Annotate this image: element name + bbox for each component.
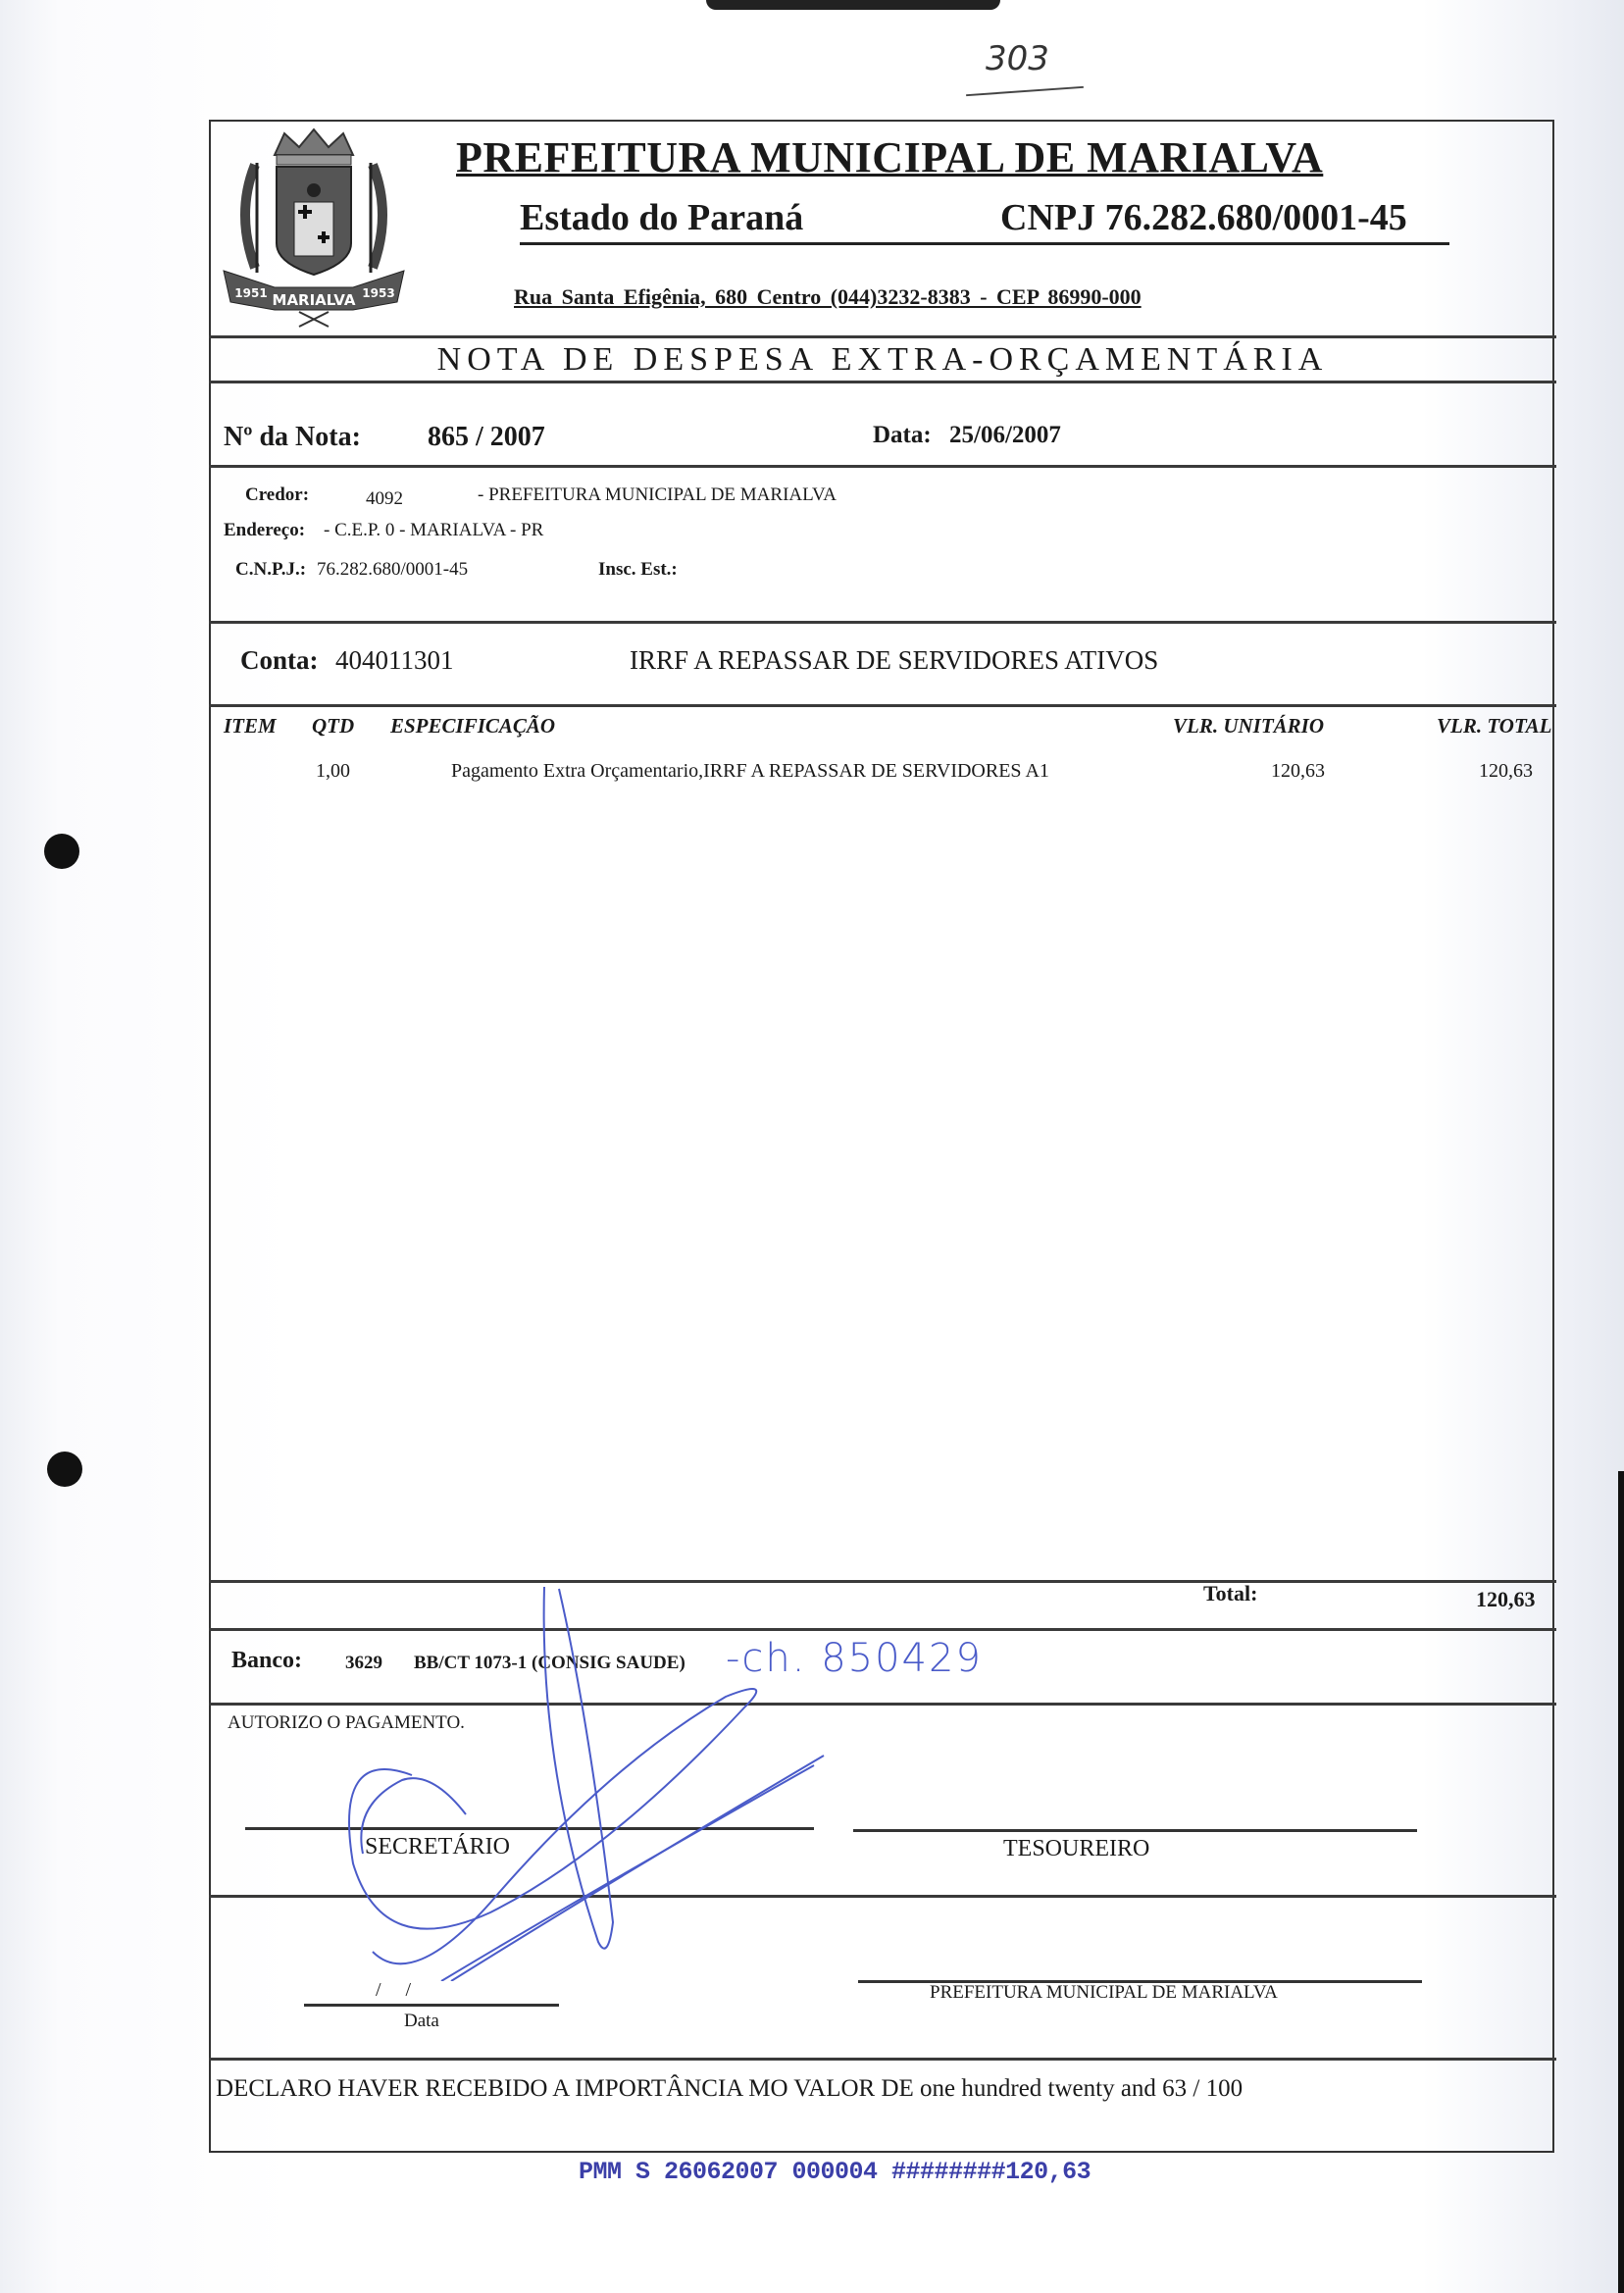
note-date-value: 25/06/2007: [949, 422, 1061, 449]
creditor-cnpj-value: 76.282.680/0001-45: [317, 559, 468, 581]
total-label: Total:: [1203, 1581, 1257, 1606]
handwritten-signature-icon: [294, 1569, 843, 1981]
creditor-label: Credor:: [245, 484, 309, 506]
column-header-unit-value: VLR. UNITÁRIO: [1173, 714, 1324, 739]
handwritten-page-number: 303: [986, 39, 1049, 78]
cell-total-value: 120,63: [1479, 760, 1533, 783]
note-number-label: Nº da Nota:: [224, 422, 361, 453]
column-header-total-value: VLR. TOTAL: [1437, 714, 1551, 739]
divider: [209, 381, 1556, 383]
declaration-text: DECLARO HAVER RECEBIDO A IMPORTÂNCIA MO …: [216, 2075, 1243, 2103]
account-number: 404011301: [335, 645, 454, 676]
creditor-name: - PREFEITURA MUNICIPAL DE MARIALVA: [478, 484, 837, 506]
address-value: - C.E.P. 0 - MARIALVA - PR: [324, 520, 543, 541]
svg-text:1953: 1953: [362, 286, 394, 300]
account-description: IRRF A REPASSAR DE SERVIDORES ATIVOS: [630, 645, 1158, 676]
divider: [209, 465, 1556, 468]
header-cnpj: CNPJ 76.282.680/0001-45: [1000, 196, 1407, 239]
punch-hole: [47, 1452, 82, 1487]
divider: [209, 704, 1556, 707]
state-name: Estado do Paraná: [520, 196, 803, 239]
creditor-code: 4092: [366, 488, 403, 510]
divider: [209, 2058, 1556, 2061]
date-line: [304, 2004, 559, 2007]
treasurer-signature-line: [853, 1829, 1417, 1832]
creditor-cnpj-label: C.N.P.J.:: [235, 559, 306, 581]
date-slashes: / /: [376, 1979, 411, 2002]
receiver-label: PREFEITURA MUNICIPAL DE MARIALVA: [930, 1982, 1278, 2004]
header-address: Rua Santa Efigênia, 680 Centro (044)3232…: [514, 284, 1142, 310]
scan-artifact: [706, 0, 1000, 10]
account-label: Conta:: [240, 645, 319, 676]
bank-label: Banco:: [231, 1648, 302, 1674]
total-value: 120,63: [1476, 1587, 1536, 1612]
punch-hole: [44, 834, 79, 869]
treasurer-label: TESOUREIRO: [1003, 1836, 1149, 1862]
municipality-title: PREFEITURA MUNICIPAL DE MARIALVA: [456, 132, 1323, 182]
state-registration-label: Insc. Est.:: [598, 559, 678, 581]
cell-specification: Pagamento Extra Orçamentario,IRRF A REPA…: [451, 760, 1049, 783]
payment-stamp: PMM S 26062007 000004 ########120,63: [579, 2158, 1091, 2186]
divider: [209, 335, 1556, 338]
column-header-qtd: QTD: [312, 714, 354, 739]
document-title: NOTA DE DESPESA EXTRA-ORÇAMENTÁRIA: [209, 341, 1556, 379]
column-header-item: ITEM: [224, 714, 277, 739]
cell-qtd: 1,00: [316, 760, 350, 783]
address-label: Endereço:: [224, 520, 305, 541]
scan-edge: [1618, 1471, 1624, 2293]
note-date-label: Data:: [873, 422, 932, 449]
coat-of-arms-icon: MARIALVA 1951 1953: [216, 126, 412, 331]
cell-unit-value: 120,63: [1271, 760, 1325, 783]
note-number-value: 865 / 2007: [428, 422, 545, 453]
date-label: Data: [404, 2011, 439, 2032]
divider: [209, 621, 1556, 624]
svg-text:1951: 1951: [234, 286, 267, 300]
column-header-specification: ESPECIFICAÇÃO: [390, 714, 555, 739]
header-underline: [520, 242, 1449, 245]
logo-banner-text: MARIALVA: [273, 291, 356, 309]
